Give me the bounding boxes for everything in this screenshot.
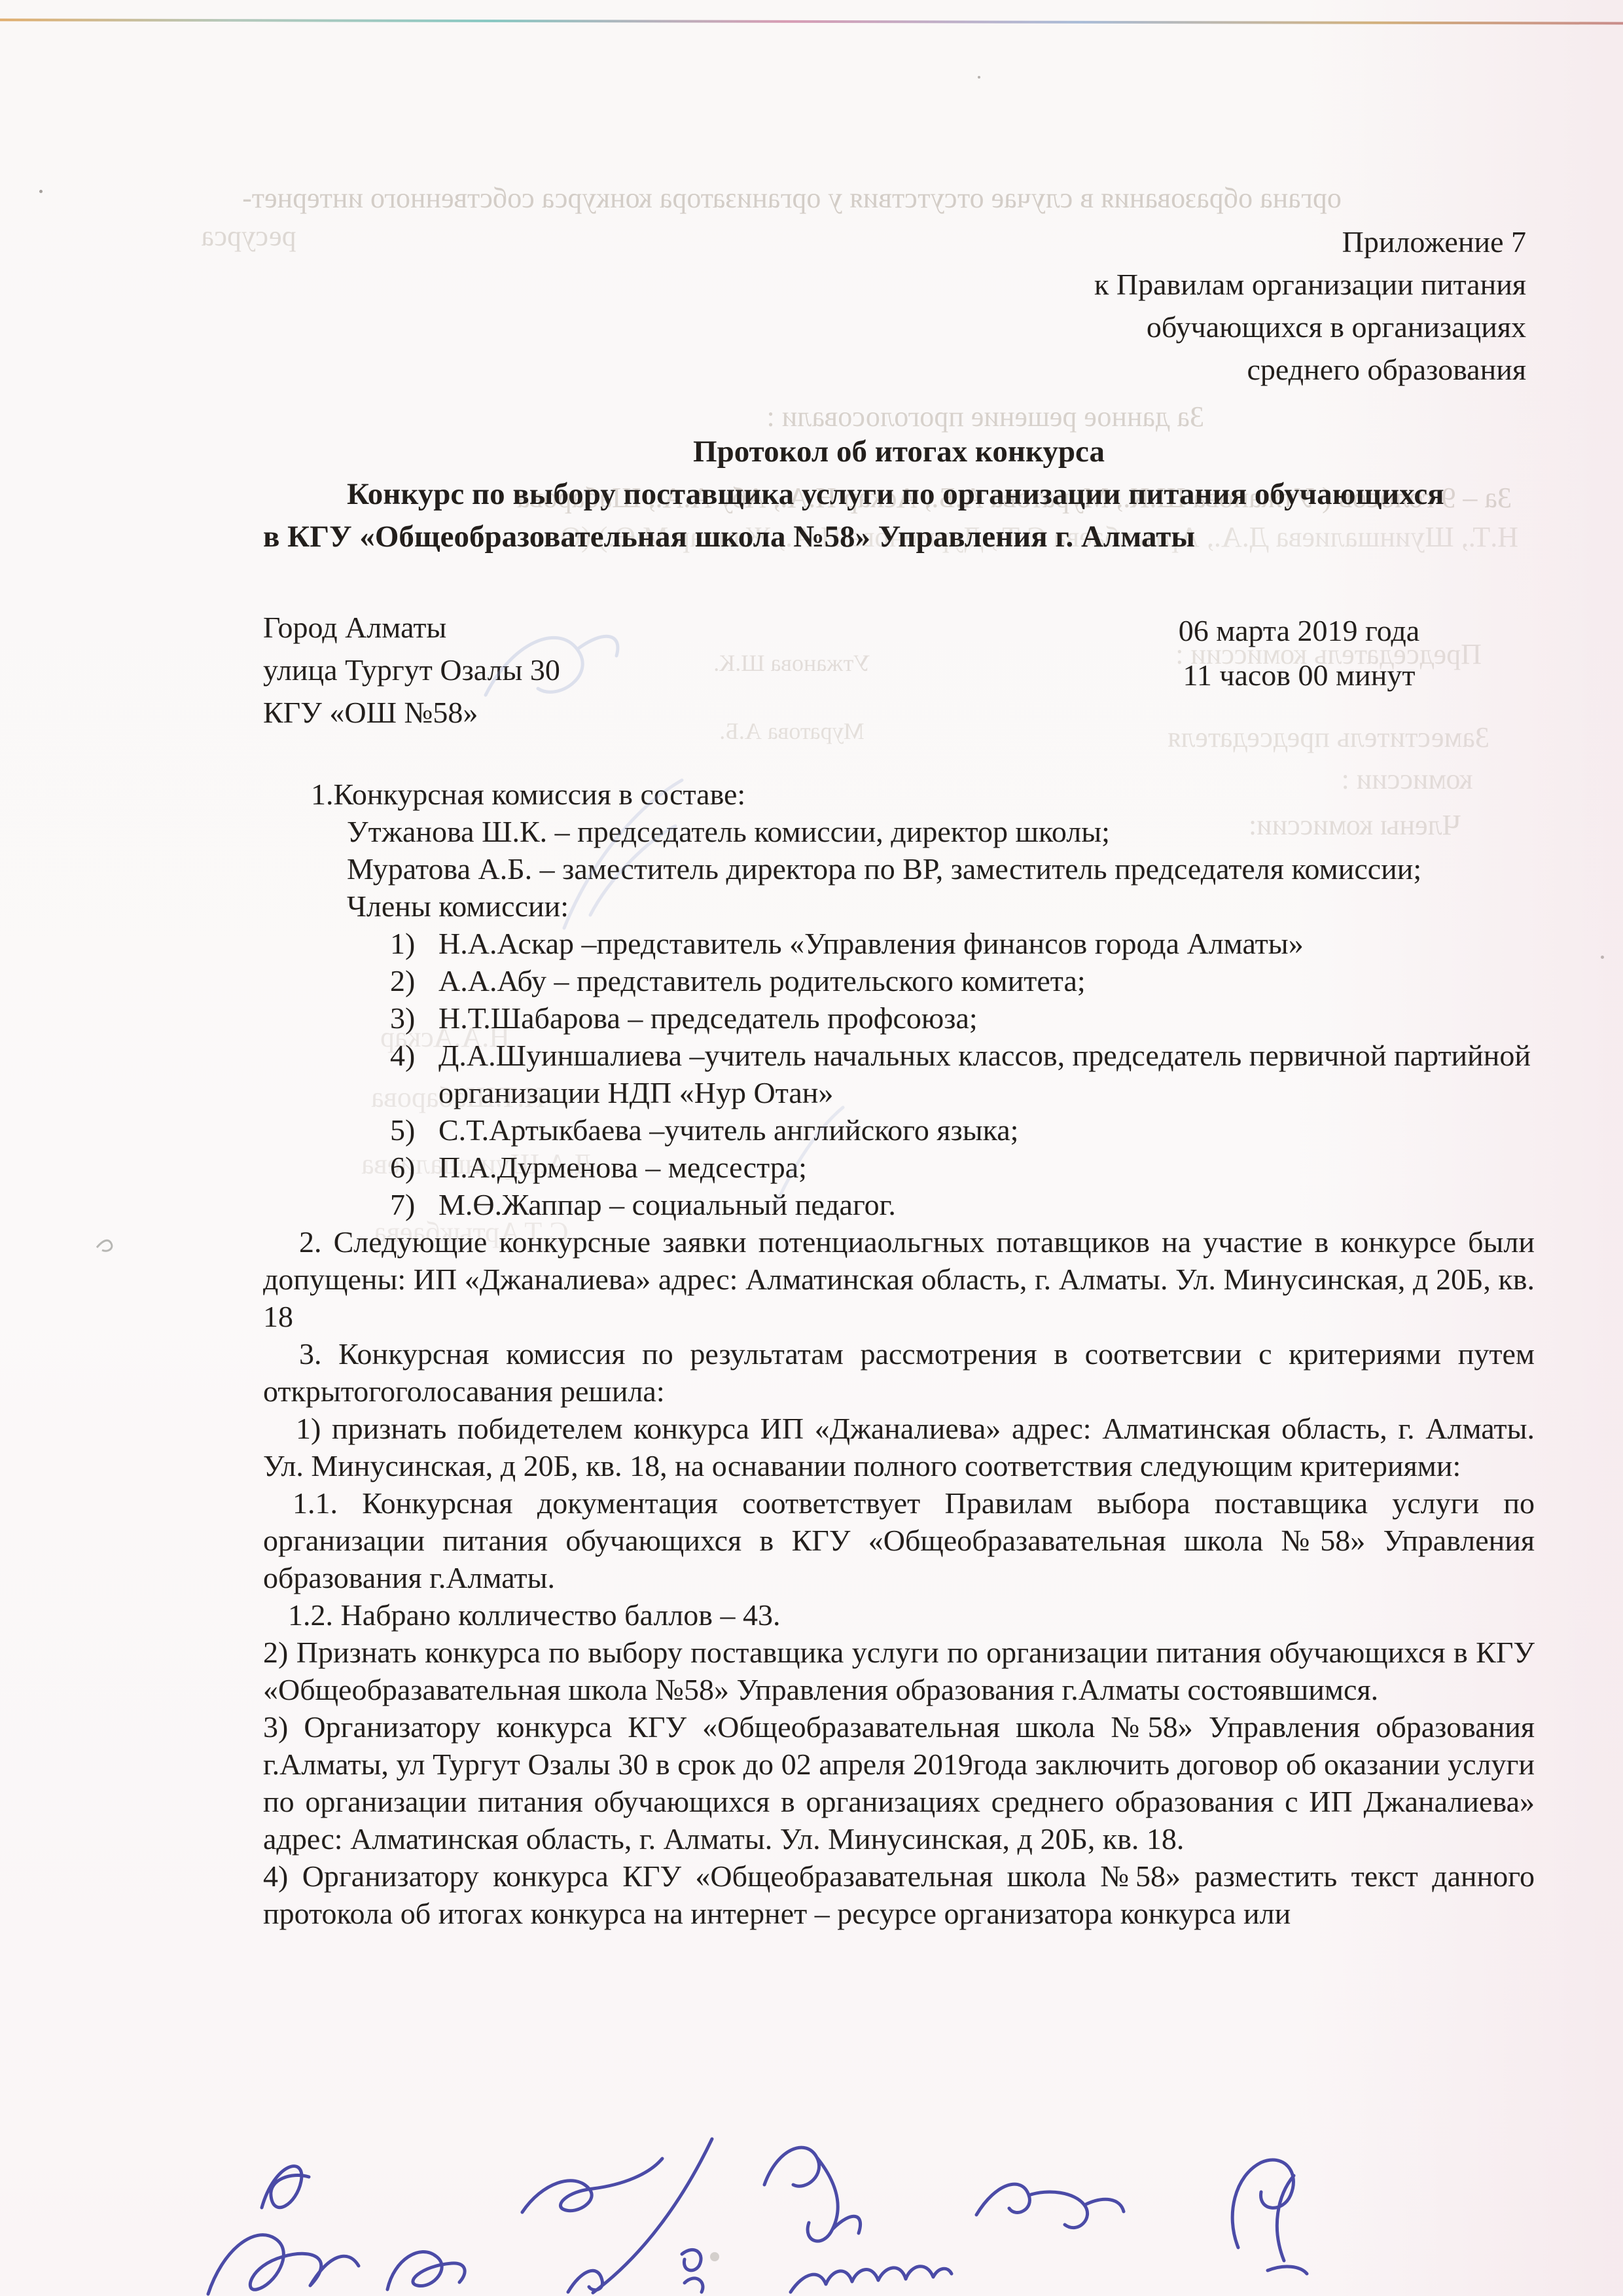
meta-datetime: 06 марта 2019 года 11 часов 00 минут — [1063, 609, 1535, 698]
doc-title-line3: в КГУ «Общеобразовательная школа №58» Уп… — [263, 516, 1535, 558]
meta-place-school: КГУ «ОШ №58» — [263, 691, 560, 734]
body-paragraph: 3. Конкурсная комиссия по результатам ра… — [263, 1335, 1535, 1410]
member-number: 1) — [390, 925, 438, 962]
signature — [1232, 2160, 1307, 2274]
member-number: 2) — [390, 962, 438, 999]
member-number: 4) — [390, 1037, 438, 1074]
appendix-line: Приложение 7 — [741, 221, 1526, 263]
appendix-line: среднего образования — [741, 348, 1526, 391]
member-number: 3) — [390, 999, 438, 1037]
commission-chair: Утжанова Ш.К. – председатель комиссии, д… — [263, 813, 1535, 850]
body-paragraph: 2. Следующие конкурсные заявки потенциао… — [263, 1223, 1535, 1335]
bleed-through-line: Утжанова Ш.К. — [661, 647, 923, 679]
meta-date: 06 марта 2019 года — [1063, 609, 1535, 653]
scanner-artifact-line — [0, 18, 1623, 24]
body-paragraph: 3) Организатору конкурса КГУ «Общеобраза… — [263, 1708, 1535, 1857]
ink-smudge — [710, 2252, 719, 2261]
member-number: 6) — [390, 1149, 438, 1186]
member-item: 1)Н.А.Аскар –представитель «Управления ф… — [263, 925, 1535, 962]
member-number: 7) — [390, 1186, 438, 1223]
member-text: М.Ө.Жаппар – социальный педагог. — [438, 1188, 896, 1221]
bleed-through-line: Муратова А.Б. — [661, 715, 923, 747]
member-item: 2)А.А.Абу – представитель родительского … — [263, 962, 1535, 999]
member-item: 3)Н.Т.Шабарова – председатель профсоюза; — [263, 999, 1535, 1037]
scan-speck — [1601, 956, 1604, 959]
signature — [208, 2235, 359, 2294]
doc-title-line2: Конкурс по выбору поставщика услуги по о… — [263, 473, 1535, 516]
appendix-line: к Правилам организации питания — [741, 263, 1526, 306]
appendix-line: обучающихся в организациях — [741, 306, 1526, 348]
signature — [791, 2267, 952, 2292]
doc-title: Протокол об итогах конкурса Конкурс по в… — [263, 431, 1535, 558]
commission-heading: 1.Конкурсная комиссия в составе: — [263, 776, 1535, 813]
bleed-through-line: Заместитель председателя — [1139, 721, 1518, 754]
body-paragraph: 2) Признать конкурса по выбору поставщик… — [263, 1634, 1535, 1708]
body-text: 1.Конкурсная комиссия в составе: Утжанов… — [263, 776, 1535, 1932]
bleed-through-line: За данное решение проголосовали : — [772, 401, 1204, 433]
body-paragraph: 1) признать побидетелем конкурса ИП «Джа… — [263, 1410, 1535, 1484]
doc-title-line1: Протокол об итогах конкурса — [263, 431, 1535, 473]
member-number: 5) — [390, 1111, 438, 1149]
appendix-note: Приложение 7 к Правилам организации пита… — [741, 221, 1526, 391]
pencil-mark — [97, 1240, 112, 1251]
member-text: Д.А.Шуиншалиева –учитель начальных класс… — [438, 1039, 1531, 1109]
body-paragraph: 1.2. Набрано колличество баллов – 43. — [263, 1596, 1535, 1634]
bleed-through-line: ресурса — [144, 220, 353, 253]
signature — [262, 2166, 309, 2208]
member-text: Н.А.Аскар –представитель «Управления фин… — [438, 927, 1304, 960]
meta-place-city: Город Алматы — [263, 606, 560, 649]
commission-deputy: Муратова А.Б. – заместитель директора по… — [263, 850, 1535, 888]
signature — [764, 2147, 861, 2241]
member-text: П.А.Дурменова – медсестра; — [438, 1151, 807, 1184]
meta-time: 11 часов 00 минут — [1063, 653, 1535, 698]
scan-speck — [39, 190, 43, 193]
scan-speck — [978, 76, 980, 79]
member-item: 6)П.А.Дурменова – медсестра; — [263, 1149, 1535, 1186]
signature — [387, 2251, 465, 2289]
members-heading: Члены комиссии: — [263, 888, 1535, 925]
member-text: С.Т.Артыкбаева –учитель английского язык… — [438, 1113, 1018, 1147]
meta-place-street: улица Тургут Озалы 30 — [263, 649, 560, 691]
scanned-document-page: органа образования в случае отсутствия у… — [0, 0, 1623, 2296]
signature — [976, 2184, 1124, 2227]
signature — [522, 2139, 712, 2293]
member-item: 5)С.Т.Артыкбаева –учитель английского яз… — [263, 1111, 1535, 1149]
body-paragraph: 1.1. Конкурсная документация соответству… — [263, 1484, 1535, 1596]
member-item: 7)М.Ө.Жаппар – социальный педагог. — [263, 1186, 1535, 1223]
meta-place: Город Алматы улица Тургут Озалы 30 КГУ «… — [263, 606, 560, 734]
member-item: 4)Д.А.Шуиншалиева –учитель начальных кла… — [263, 1037, 1535, 1111]
body-paragraph: 4) Организатору конкурса КГУ «Общеобраза… — [263, 1857, 1535, 1932]
bleed-through-line: органа образования в случае отсутствия у… — [92, 182, 1492, 215]
member-text: Н.Т.Шабарова – председатель профсоюза; — [438, 1001, 978, 1035]
member-text: А.А.Абу – представитель родительского ко… — [438, 964, 1086, 997]
